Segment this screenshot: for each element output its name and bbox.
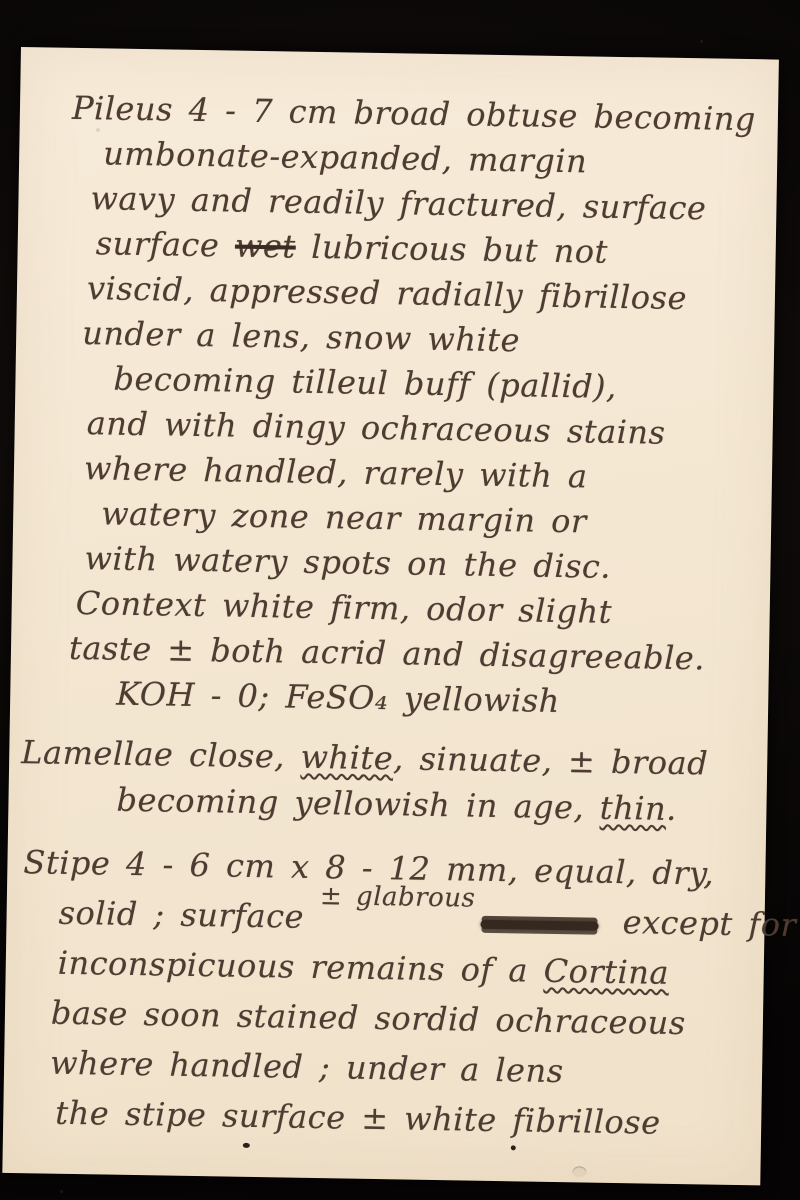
line-text: except for [607,903,797,944]
ink-speck [243,1143,250,1148]
line-text: becoming yellowish in age, [116,781,600,827]
line-text: lubricous but not [295,228,608,271]
line-text: Lamellae close, [21,733,301,776]
lamellae-paragraph: Lamellae close, white, sinuate, ± broad … [8,729,761,833]
stipe-paragraph: Stipe 4 - 6 cm x 8 - 12 mm, equal, dry, … [3,837,760,1149]
fabric-speck [96,128,100,132]
line-text: inconspicuous remains of a [58,944,544,990]
handwritten-line: the stipe surface ± white fibrillose [55,1088,756,1150]
fabric-speck [60,1190,63,1193]
struck-out-word: wet [235,227,296,266]
handwritten-index-card: Pileus 4 - 7 cm broad obtuse becoming um… [2,47,779,1185]
inserted-correction-word: ± glabrous [320,896,475,899]
fabric-speck [700,40,703,43]
ink-speck [511,1145,516,1150]
underlined-word: white [300,738,393,778]
line-text: solid ; surface [58,894,320,936]
underlined-word: thin [600,789,667,828]
handwriting-text-block: Pileus 4 - 7 cm broad obtuse becoming um… [3,85,772,1149]
handwritten-line: becoming yellowish in age, thin. [116,777,761,834]
line-text: surface [95,224,235,264]
scribbled-out-word [481,920,599,931]
line-text: . [666,790,677,828]
underlined-word: Cortina [543,952,669,992]
paper-flaw-spot [572,1166,586,1177]
line-text: , sinuate, ± broad [393,739,709,782]
pileus-paragraph: Pileus 4 - 7 cm broad obtuse becoming um… [10,85,772,727]
